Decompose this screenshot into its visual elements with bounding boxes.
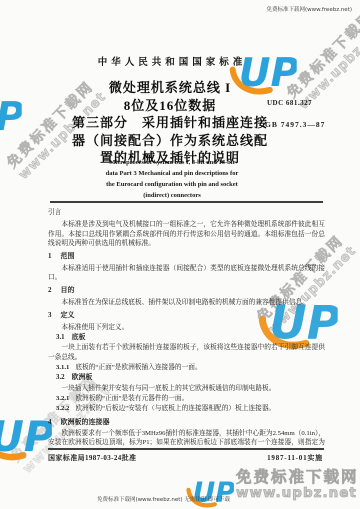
section-text: 欧洲板要求有一个频率低于3MHz96插针的标准连接器，其插针中心距为2.54mm… — [48, 430, 325, 447]
section-heading: 4欧洲板的连接器 — [48, 418, 325, 428]
english-title: Microprocessor system bus I, 8-bit and 1… — [0, 157, 344, 201]
section-text: 本标准使用下列定义。 — [61, 324, 128, 331]
english-title-line: data Part 3 Mechanical and pin descripti… — [0, 168, 344, 179]
paragraph: 一块上面装有若干个欧洲板插针连接器的板子，该板将这些连接器中的若干引脚互连提供一… — [48, 343, 325, 362]
national-standard-header: 中华人民共和国国家标准 — [0, 54, 344, 68]
section-heading: 3.1底板 — [48, 333, 325, 343]
section-title: 欧洲板 — [72, 374, 93, 381]
approval-line: 国家标准局1987-03-24批准 — [48, 453, 136, 463]
footer-download-note: 免费标准下载网(www.freebz.net) 无需注册 即可下载 — [97, 495, 230, 503]
standard-code: GB 7497.3—87 — [265, 120, 325, 129]
english-title-line: the Eurocard configuration with pin and … — [0, 179, 344, 190]
paragraph: 一块插入插件架并安装有与同一底板上的其它欧洲板通信的印制电路板。 — [48, 384, 325, 393]
paragraph: 欧洲板要求有一个频率低于3MHz96插针的标准连接器，其插针中心距为2.54mm… — [48, 429, 325, 447]
paragraph: 本标准使用下列定义。 — [48, 323, 325, 332]
title-divider-rule — [50, 201, 323, 203]
udc-number: UDC 681.327 — [267, 99, 312, 107]
document-body: 引言本标准是涉及到电气及机械接口的一组标准之一，它允许各种微处理机系统部件彼此相… — [48, 207, 325, 447]
english-title-line: Microprocessor system bus I, 8-bit and 1… — [0, 157, 344, 168]
section-text: 一块上面装有若干个欧洲板插针连接器的板子，该板将这些连接器中的若干引脚互连提供一… — [48, 344, 325, 360]
section-text: 欧洲板的“后板边”安装有（与底板上的连接器相配的）板上连接器。 — [75, 405, 275, 412]
section-heading: 3定义 — [48, 311, 325, 321]
document-page: 免费标准下载网 www.upbz.net 免费标准下载网 www.upbz.ne… — [0, 0, 360, 509]
section-text: 本标准适用于使用插针和插座连接器（间接配合）类型的底板连接微处理机系统总线的接口… — [48, 265, 325, 281]
section-number: 1 — [48, 252, 52, 260]
up-logo-icon — [0, 398, 52, 464]
section-number: 3 — [48, 311, 52, 319]
section-number: 4 — [48, 418, 52, 426]
section-number: 3.2.1 — [56, 395, 69, 402]
paragraph: 本标准适用于使用插针和插座连接器（间接配合）类型的底板连接微处理机系统总线的接口… — [48, 264, 325, 283]
section-title: 定义 — [61, 311, 75, 319]
section-number: 2 — [48, 286, 52, 294]
section-text: 本标准旨在为保证总线底板、插件架以及印制电路板的机械方面的兼容性提供信息。 — [61, 299, 308, 306]
section-title: 引言 — [48, 209, 61, 216]
section-heading: 2目的 — [48, 286, 325, 296]
section-heading: 引言 — [48, 208, 325, 217]
footer-watermark: 免费标准下载网 www.upbz.net — [236, 469, 359, 501]
section-heading: 1范围 — [48, 252, 325, 262]
definition-item: 3.2.2欧洲板的“后板边”安装有（与底板上的连接器相配的）板上连接器。 — [48, 404, 325, 413]
section-title: 欧洲板的连接器 — [61, 418, 110, 426]
paragraph: 本标准是涉及到电气及机械接口的一组标准之一，它允许各种微处理机系统部件彼此相互作… — [48, 220, 325, 248]
section-number: 3.1.1 — [56, 364, 69, 371]
paragraph: 本标准旨在为保证总线底板、插件架以及印制电路板的机械方面的兼容性提供信息。 — [48, 298, 325, 307]
section-number: 3.2 — [56, 374, 65, 381]
definition-item: 3.1.1底板的“正面”是欧洲板插入连接器的一面。 — [48, 363, 325, 372]
implementation-date: 1987-11-01实施 — [267, 453, 323, 463]
title-line: 器（间接配合）作为系统总线配 — [0, 132, 340, 150]
section-number: 3.1 — [56, 334, 65, 341]
header-download-note: 免费标准下载网(www.freebz.net) — [266, 5, 352, 13]
section-text: 本标准是涉及到电气及机械接口的一组标准之一，它允许各种微处理机系统部件彼此相互作… — [48, 221, 325, 247]
section-heading: 3.2欧洲板 — [48, 373, 325, 383]
section-text: 底板的“正面”是欧洲板插入连接器的一面。 — [75, 364, 201, 371]
watermark-site-url: www.upbz.net — [236, 486, 359, 501]
section-title: 目的 — [61, 286, 75, 294]
english-title-line: (indirect) connectors — [0, 190, 344, 201]
section-title: 底板 — [72, 334, 86, 341]
section-text: 一块插入插件架并安装有与同一底板上的其它欧洲板通信的印制电路板。 — [61, 385, 275, 392]
definition-item: 3.2.1欧洲板的“正面”是装有元器件的一面。 — [48, 394, 325, 403]
section-number: 3.2.2 — [56, 405, 69, 412]
footer-divider-rule — [48, 448, 324, 450]
section-text: 欧洲板的“正面”是装有元器件的一面。 — [75, 395, 188, 402]
watermark-site-name: 免费标准下载网 — [236, 469, 359, 486]
section-title: 范围 — [61, 252, 75, 260]
title-line: 微处理机系统总线 I — [0, 79, 340, 97]
